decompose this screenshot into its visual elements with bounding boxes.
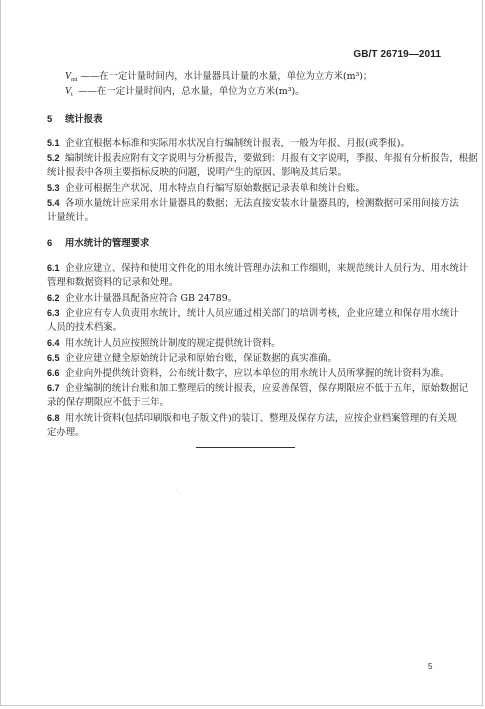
clause-6-8-cont: 定办理。	[47, 427, 85, 439]
variable-definition-vmi: Vmi ——在一定计量时间内，水计量器具计量的水量，单位为立方米(m³)；	[65, 71, 372, 86]
section-5-heading: 5统计报表	[47, 113, 103, 126]
variable-definition-vt: Vt ——在一定计量时间内，总水量，单位为立方米(m³)。	[65, 86, 304, 101]
variable-symbol: Vmi	[65, 71, 77, 82]
clause-6-6: 6.6企业向外提供统计资料，公布统计数字，应以本单位的用水统计人员所掌握的统计资…	[47, 367, 449, 380]
clause-5-4: 5.4各项水量统计应采用水计量器具的数据；无法直接安装水计量器具的，检测数据可采…	[47, 197, 459, 210]
clause-5-4-cont: 计量统计。	[47, 212, 94, 224]
page-number: 5	[428, 662, 432, 671]
clause-5-3: 5.3企业可根据生产状况、用水特点自行编写原始数据记录表单和统计台账。	[47, 182, 365, 195]
clause-5-1: 5.1企业宜根据本标准和实际用水状况自行编制统计报表，一般为年报、月报(或季报)…	[47, 137, 410, 150]
standard-number: GB/T 26719—2011	[353, 49, 441, 60]
end-of-document-rule	[196, 447, 295, 448]
clause-6-1: 6.1企业应建立、保持和使用文件化的用水统计管理办法和工作细则，来规范统计人员行…	[47, 262, 468, 275]
clause-5-2-cont: 统计报表中各项主要指标反映的问题，说明产生的原因、影响及其后果。	[47, 167, 347, 179]
variable-text: ——在一定计量时间内，总水量，单位为立方米(m³)。	[78, 86, 304, 97]
scan-specks: ' .	[176, 489, 181, 495]
variable-symbol: Vt	[65, 86, 75, 97]
variable-text: ——在一定计量时间内，水计量器具计量的水量，单位为立方米(m³)；	[80, 71, 372, 82]
clause-6-3-cont: 人员的技术档案。	[47, 322, 122, 334]
document-page: GB/T 26719—2011 Vmi ——在一定计量时间内，水计量器具计量的水…	[0, 0, 483, 706]
clause-6-1-cont: 管理和数据资料的记录和处理。	[47, 277, 178, 289]
clause-6-2: 6.2企业水计量器具配备应符合 GB 24789。	[47, 292, 237, 305]
clause-6-7: 6.7企业编制的统计台账和加工整理后的统计报表，应妥善保管，保存期限应不低于五年…	[47, 382, 468, 395]
clause-6-8: 6.8用水统计资料(包括印刷版和电子版文件)的装订、整理及保存方法，应按企业档案…	[47, 412, 457, 425]
clause-6-4: 6.4用水统计人员应按照统计制度的规定提供统计资料。	[47, 337, 281, 350]
clause-6-7-cont: 录的保存期限应不低于三年。	[47, 397, 169, 409]
clause-6-3: 6.3企业应有专人负责用水统计，统计人员应通过相关部门的培训考核，企业应建立和保…	[47, 307, 459, 320]
section-6-heading: 6用水统计的管理要求	[47, 237, 149, 250]
clause-6-5: 6.5企业应建立健全原始统计记录和原始台账，保证数据的真实准确。	[47, 352, 337, 365]
clause-5-2: 5.2编制统计报表应附有文字说明与分析报告，要做到：月报有文字说明，季报、年报有…	[47, 152, 478, 165]
